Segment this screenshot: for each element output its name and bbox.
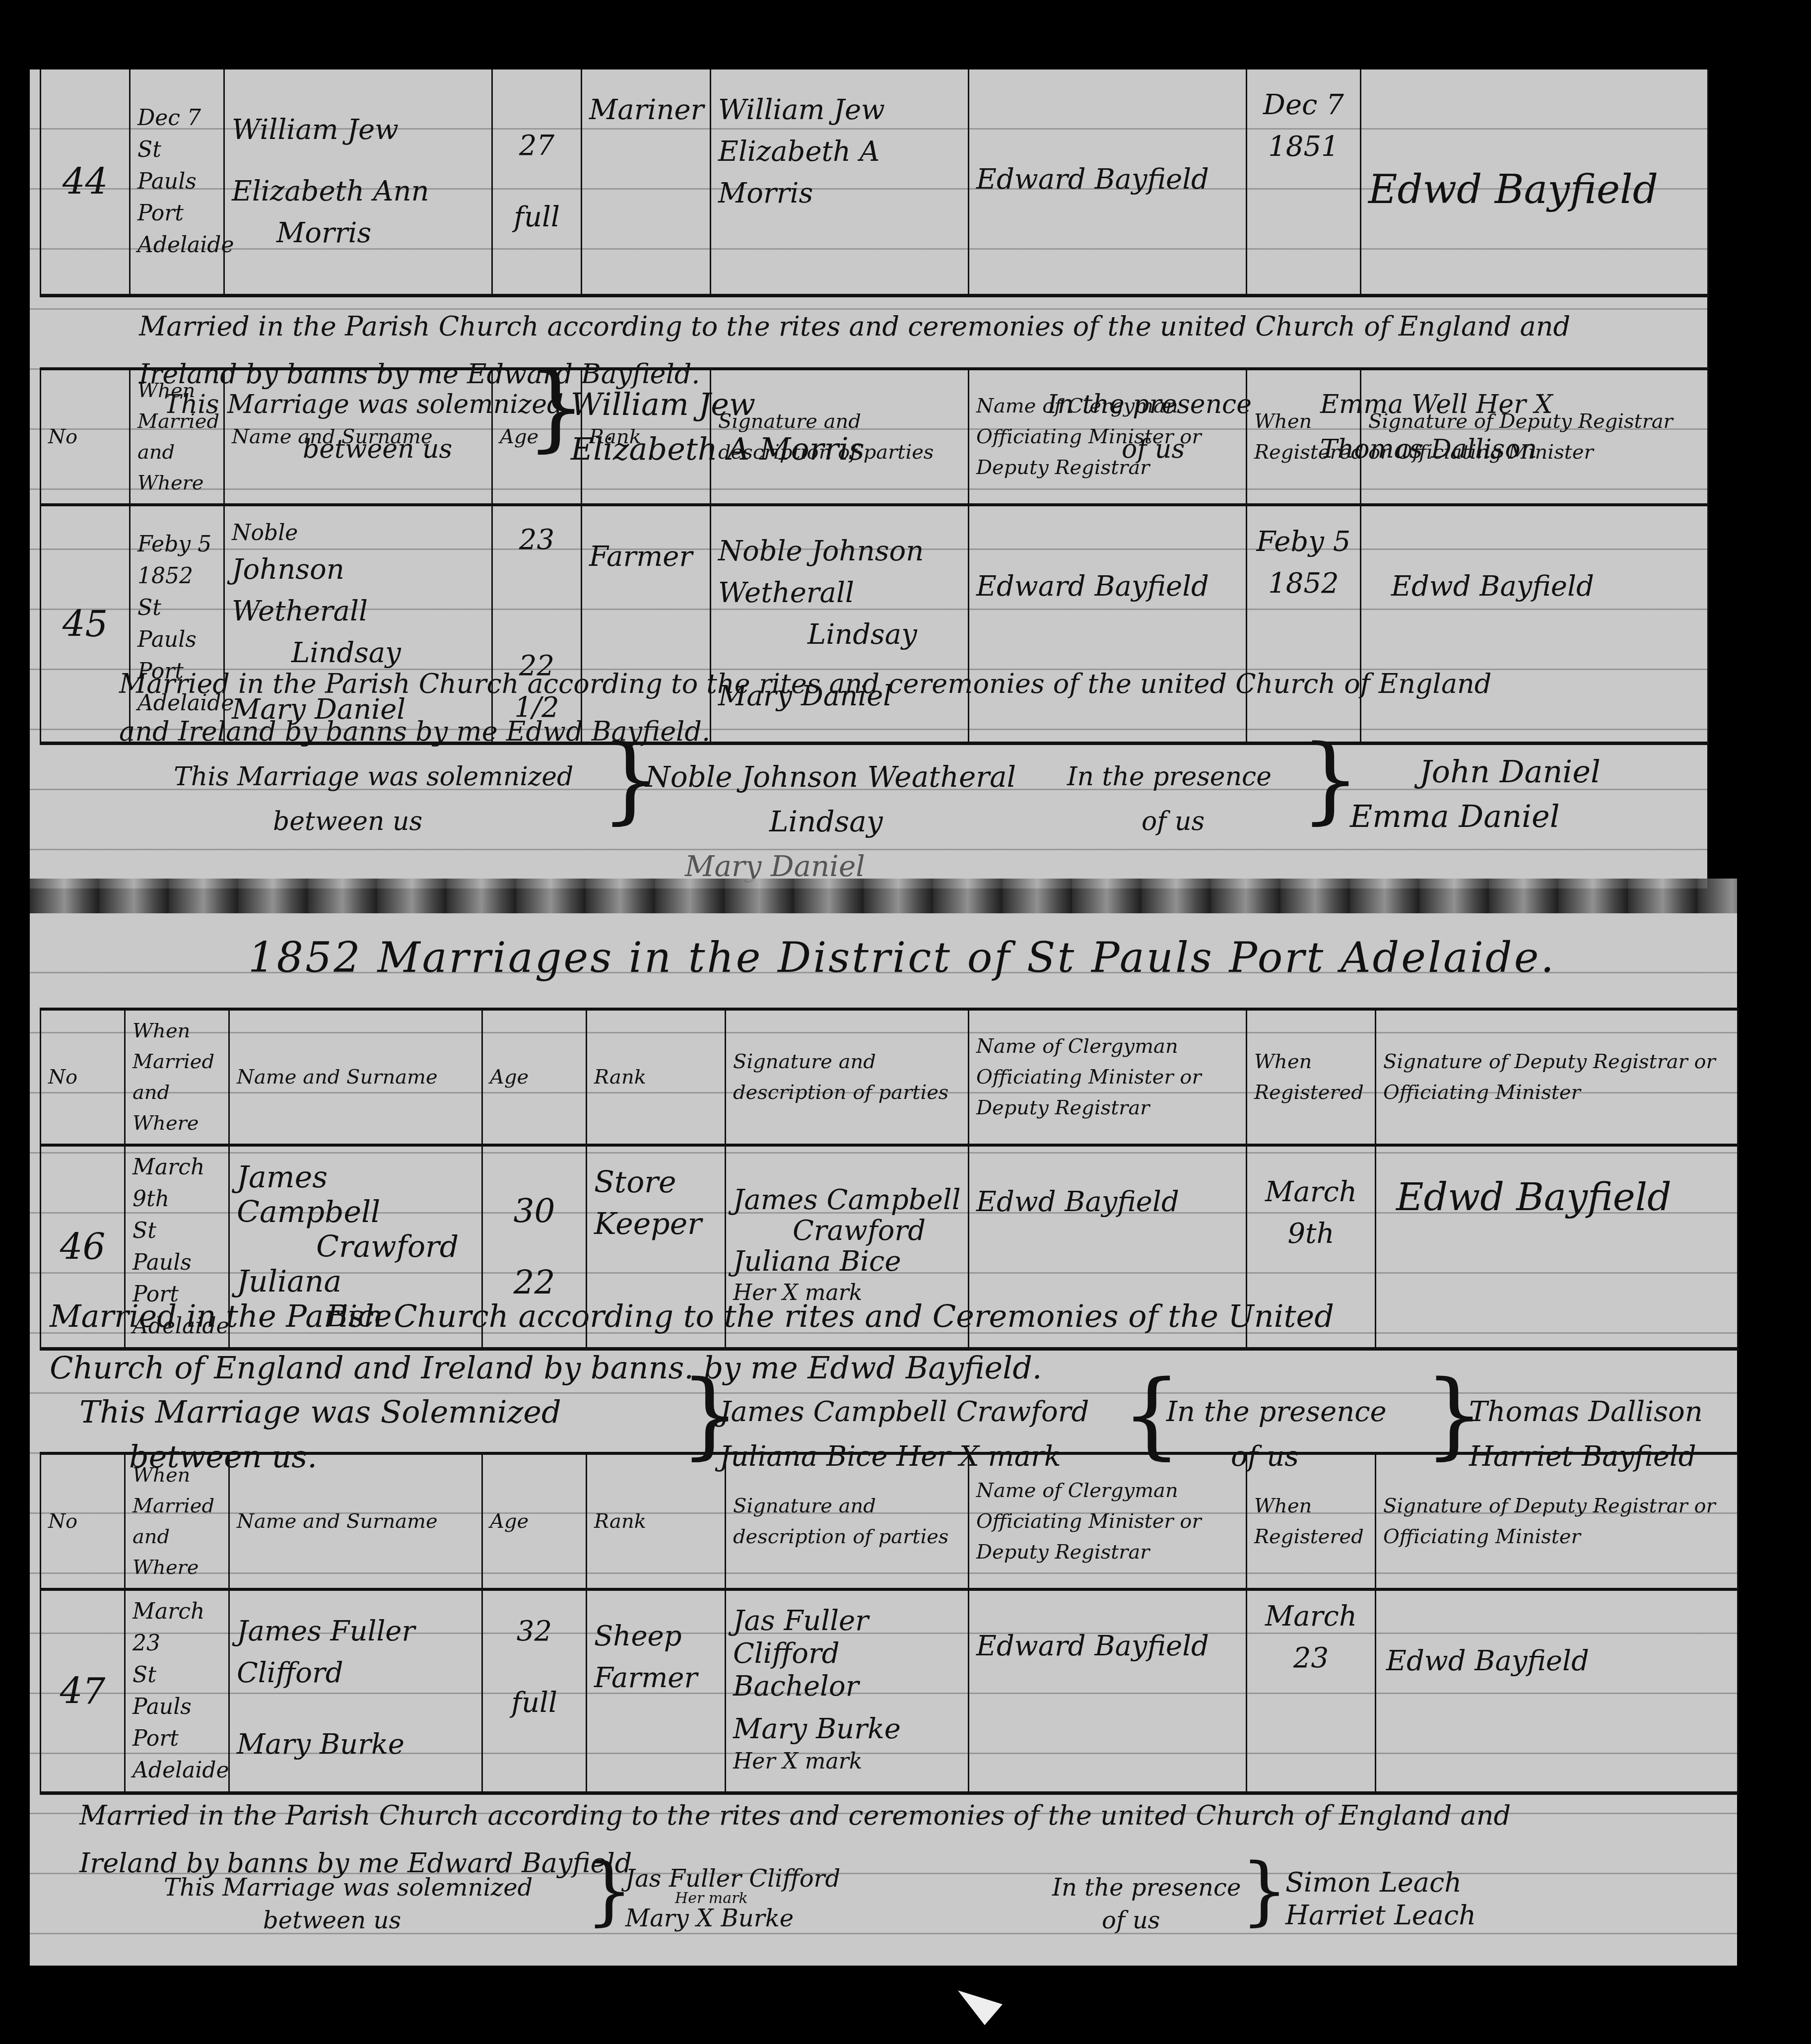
ages: 32 full	[482, 1589, 587, 1793]
col-clergyman: Name of Clergyman Officiating Minister o…	[969, 369, 1247, 505]
entry-45-witnesses: John Daniel Emma Daniel	[1350, 749, 1601, 839]
col-when-where: When Married and Where	[125, 1009, 229, 1145]
register-page-bottom: 1852 Marriages in the District of St Pau…	[30, 913, 1737, 1966]
registered: March 23	[1247, 1589, 1376, 1793]
column-header-row: No When Married and Where Name and Surna…	[41, 1453, 1738, 1589]
column-header-row: No When Married and Where Name and Surna…	[41, 369, 1708, 505]
col-age: Age	[492, 369, 582, 505]
names: William Jew Elizabeth Ann Morris	[224, 69, 492, 295]
clergyman: Edward Bayfield	[969, 69, 1247, 295]
col-when-where: When Married and Where	[130, 369, 224, 505]
table-row: 44 Dec 7 St Pauls Port Adelaide William …	[41, 69, 1708, 295]
registrar-signature: Edwd Bayfield	[1376, 1589, 1738, 1793]
register-page-top: 44 Dec 7 St Pauls Port Adelaide William …	[30, 69, 1707, 888]
entry-47-table: No When Married and Where Name and Surna…	[40, 1452, 1739, 1795]
col-signature: Signature and description of parties	[726, 1009, 969, 1145]
entry-number: 45	[41, 505, 130, 743]
col-registered: When Registered	[1247, 369, 1361, 505]
entry-45-presence: In the presence of us	[1067, 754, 1272, 844]
registered: Dec 7 1851	[1247, 69, 1361, 295]
entry-45-declaration: Married in the Parish Church according t…	[119, 660, 1682, 755]
entry-47-presence: In the presence of us	[1052, 1871, 1241, 1937]
col-name: Name and Surname	[224, 369, 492, 505]
col-no: No	[41, 1009, 125, 1145]
col-clergyman: Name of Clergyman Officiating Minister o…	[969, 1009, 1247, 1145]
col-registered: When Registered	[1247, 1453, 1376, 1589]
col-age: Age	[482, 1453, 587, 1589]
entry-45-solemnized: This Marriage was solemnized between us	[174, 754, 573, 844]
col-name: Name and Surname	[229, 1009, 482, 1145]
col-rank: Rank	[587, 1453, 726, 1589]
rank: Sheep Farmer	[587, 1589, 726, 1793]
col-rank: Rank	[587, 1009, 726, 1145]
entry-number: 47	[41, 1589, 125, 1793]
entry-47-parties: Jas Fuller Clifford Her mark Mary X Burk…	[625, 1866, 840, 1931]
when-where: March 23 St Pauls Port Adelaide	[125, 1589, 229, 1793]
entry-47-solemnized: This Marriage was solemnized between us	[164, 1871, 533, 1937]
table-row: 47 March 23 St Pauls Port Adelaide James…	[41, 1589, 1738, 1793]
col-when-where: When Married and Where	[125, 1453, 229, 1589]
entry-number: 44	[41, 69, 130, 295]
paper-tab	[958, 1990, 1003, 2025]
col-age: Age	[482, 1009, 587, 1145]
col-no: No	[41, 369, 130, 505]
col-rank: Rank	[582, 369, 711, 505]
col-signature: Signature and description of parties	[726, 1453, 969, 1589]
names: James Fuller Clifford Mary Burke	[229, 1589, 482, 1793]
col-registered: When Registered	[1247, 1009, 1376, 1145]
col-registrar: Signature of Deputy Registrar or Officia…	[1361, 369, 1708, 505]
when-where: Dec 7 St Pauls Port Adelaide	[130, 69, 224, 295]
col-name: Name and Surname	[229, 1453, 482, 1589]
brace: }	[1241, 1846, 1288, 1936]
registrar-signature: Edwd Bayfield	[1361, 69, 1708, 295]
col-clergyman: Name of Clergyman Officiating Minister o…	[969, 1453, 1247, 1589]
col-signature: Signature and description of parties	[711, 369, 969, 505]
col-registrar: Signature of Deputy Registrar or Officia…	[1376, 1453, 1738, 1589]
col-no: No	[41, 1453, 125, 1589]
signatures: William Jew Elizabeth A Morris	[711, 69, 969, 295]
rank: Mariner	[582, 69, 711, 295]
page-title: 1852 Marriages in the District of St Pau…	[248, 933, 1556, 982]
column-header-row: No When Married and Where Name and Surna…	[41, 1009, 1738, 1145]
entry-44-table: 44 Dec 7 St Pauls Port Adelaide William …	[40, 69, 1709, 297]
col-registrar: Signature of Deputy Registrar or Officia…	[1376, 1009, 1738, 1145]
clergyman: Edward Bayfield	[969, 1589, 1247, 1793]
entry-47-witnesses: Simon Leach Harriet Leach	[1285, 1866, 1476, 1932]
entry-45-parties: Noble Johnson Weatheral Lindsay Mary Dan…	[645, 754, 1016, 888]
ages: 27 full	[492, 69, 582, 295]
signatures: Jas Fuller Clifford Bachelor Mary Burke …	[726, 1589, 969, 1793]
